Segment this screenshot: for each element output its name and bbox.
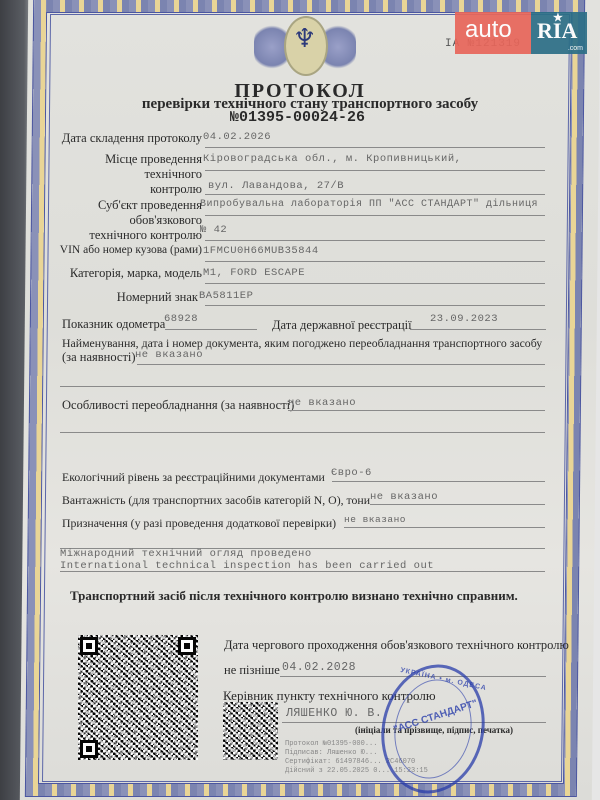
- place-label-3: контролю: [150, 182, 202, 197]
- qr-code-small: [223, 702, 278, 760]
- vin-value: 1FMCU0H66MUB35844: [203, 245, 319, 257]
- next-inspection-date: 04.02.2028: [282, 661, 356, 674]
- date-label: Дата складення протоколу: [62, 131, 202, 146]
- registration-date-value: 23.09.2023: [430, 313, 498, 325]
- qr-code-large: [78, 635, 198, 760]
- subject-value-1: Випробувальна лабораторія ПП "АСС СТАНДА…: [200, 199, 538, 210]
- date-value: 04.02.2026: [203, 131, 271, 143]
- category-line: [205, 283, 545, 284]
- subject-value-2: № 42: [200, 224, 227, 236]
- conversion-features-value: не вказано: [288, 397, 356, 409]
- subject-line-2: [205, 240, 545, 241]
- eco-label: Екологічний рівень за реєстраційними док…: [62, 470, 325, 485]
- category-value: M1, FORD ESCAPE: [203, 267, 305, 279]
- next-inspection-label: Дата чергового проходження обов'язкового…: [224, 638, 569, 653]
- odometer-label: Показник одометра: [62, 317, 165, 332]
- conversion-features-line-1: [288, 410, 545, 411]
- payload-label: Вантажність (для транспортних засобів ка…: [62, 493, 370, 508]
- watermark-ria: ★ RIA .com: [531, 12, 587, 54]
- odometer-value: 68928: [164, 313, 198, 325]
- head-name: ЛЯШЕНКО Ю. В.: [286, 707, 382, 720]
- place-label-1: Місце проведення: [105, 152, 202, 167]
- purpose-line: [344, 527, 545, 528]
- eco-line: [332, 481, 545, 482]
- intl-line-2: [60, 571, 545, 572]
- registration-date-label: Дата державної реєстрації: [272, 318, 412, 333]
- registration-date-line: [410, 329, 546, 330]
- conversion-features-line-2: [60, 432, 545, 433]
- place-value-1: Кіровоградська обл., м. Кропивницький,: [203, 153, 461, 165]
- watermark-domain: .com: [568, 45, 583, 52]
- purpose-label: Призначення (у разі проведення додатково…: [62, 516, 336, 531]
- plate-value: BA5811EP: [199, 290, 253, 302]
- conversion-doc-line-1: [137, 364, 545, 365]
- conversion-doc-label-2: (за наявності): [62, 350, 136, 365]
- odometer-line: [165, 329, 257, 330]
- place-label-2: технічного: [144, 167, 202, 182]
- qr-finder-pattern: [178, 637, 196, 655]
- conversion-doc-line-2: [60, 386, 545, 387]
- coat-of-arms-emblem: ♆: [270, 8, 340, 86]
- plate-label: Номерний знак: [117, 290, 198, 305]
- protocol-number: №01395-00024-26: [230, 109, 365, 126]
- payload-line: [370, 504, 545, 505]
- qr-finder-pattern: [80, 637, 98, 655]
- category-label: Категорія, марка, модель: [70, 266, 202, 281]
- conversion-doc-value: не вказано: [135, 349, 203, 361]
- verdict-statement: Транспортний засіб після технічного конт…: [70, 588, 518, 604]
- subject-line-1: [205, 215, 545, 216]
- payload-value: не вказано: [370, 491, 438, 503]
- date-line: [205, 147, 545, 148]
- subject-label-2: обов'язкового: [129, 213, 202, 228]
- conversion-features-label: Особливості переобладнання (за наявності…: [62, 398, 294, 413]
- subject-label-1: Суб'єкт проведення: [98, 198, 202, 213]
- subject-label-3: технічного контролю: [89, 228, 202, 243]
- vin-line: [205, 261, 545, 262]
- autoria-watermark: auto ★ RIA .com: [455, 12, 587, 54]
- plate-line: [205, 305, 545, 306]
- purpose-value: не вказано: [344, 514, 406, 525]
- place-line-2: [205, 194, 545, 195]
- qr-finder-pattern: [80, 740, 98, 758]
- vin-label: VIN або номер кузова (рами): [60, 244, 202, 256]
- not-later-label: не пізніше: [224, 663, 280, 678]
- eco-value: Євро-6: [331, 467, 372, 479]
- stamp-center-text: "АСС СТАНДАРТ": [388, 697, 483, 737]
- trident-icon: ♆: [293, 26, 316, 52]
- place-value-2: вул. Лавандова, 27/В: [208, 180, 344, 192]
- star-icon: ★: [553, 11, 563, 24]
- watermark-auto: auto: [455, 12, 531, 54]
- intl-inspection-ua: Міжнародний технічний огляд проведено: [60, 548, 312, 560]
- place-line-1: [205, 170, 545, 171]
